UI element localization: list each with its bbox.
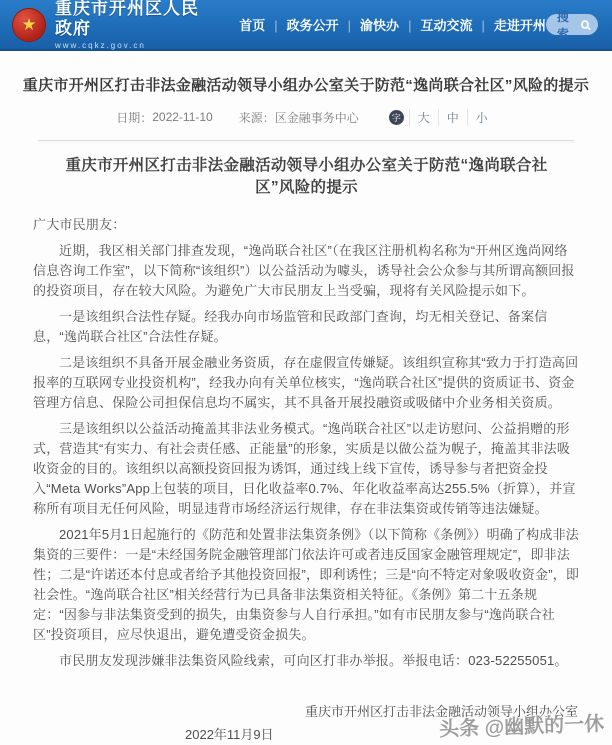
page: ★ 重庆市开州区人民政府 www.cqkz.gov.cn 首页 政务公开 渝快办…	[0, 0, 612, 745]
site-name: 重庆市开州区人民政府	[55, 0, 211, 39]
search-button[interactable]: 搜索	[546, 14, 598, 35]
page-head: 重庆市开州区打击非法金融活动领导小组办公室关于防范“逸尚联合社区”风险的提示 日…	[0, 51, 612, 141]
watermark: 头条 @幽默的一休	[438, 707, 604, 742]
article-paragraph: 一是该组织合法性存疑。经我办向市场监管和民政部门查询，均无相关登记、备案信息，“…	[33, 307, 580, 347]
font-size-tools: 字 大 中 小	[389, 109, 496, 126]
nav-item-yukuaiban[interactable]: 渝快办	[339, 15, 399, 34]
article-paragraph: 近期，我区相关部门排查发现，“逸尚联合社区”（在我区注册机构名称为“开州区逸尚网…	[33, 241, 580, 301]
nav-item-interaction[interactable]: 互动交流	[399, 15, 472, 34]
article-paragraph: 2021年5月1日起施行的《防范和处置非法集资条例》（以下简称《条例》）明确了构…	[33, 525, 580, 645]
font-size-icon: 字	[389, 110, 404, 125]
nav-item-about-kaizhou[interactable]: 走进开州	[472, 15, 545, 34]
source-value: 区金融事务中心	[275, 109, 359, 126]
meta-source: 来源： 区金融事务中心	[239, 109, 359, 126]
star-icon: ★	[21, 16, 36, 33]
site-url: www.cqkz.gov.cn	[55, 41, 211, 50]
search-icon	[581, 20, 589, 29]
article-paragraph: 三是该组织以公益活动掩盖其非法业务模式。“逸尚联合社区”以走访慰问、公益捐赠的形…	[33, 419, 580, 519]
search-button-label: 搜索	[557, 8, 577, 42]
source-label: 来源：	[239, 109, 275, 126]
date-label: 日期：	[116, 109, 152, 126]
nav-item-home[interactable]: 首页	[239, 15, 265, 34]
main-nav: 首页 政务公开 渝快办 互动交流 走进开州	[239, 15, 546, 34]
page-title: 重庆市开州区打击非法金融活动领导小组办公室关于防范“逸尚联合社区”风险的提示	[20, 75, 592, 97]
site-logo[interactable]: 重庆市开州区人民政府 www.cqkz.gov.cn	[55, 0, 211, 50]
national-emblem-icon: ★	[12, 8, 46, 42]
font-size-large-button[interactable]: 大	[409, 109, 438, 126]
nav-item-gov-affairs[interactable]: 政务公开	[265, 15, 338, 34]
meta-date: 日期： 2022-11-10	[116, 109, 213, 126]
article-body: 广大市民朋友： 近期，我区相关部门排查发现，“逸尚联合社区”（在我区注册机构名称…	[33, 215, 580, 671]
date-value: 2022-11-10	[152, 110, 213, 124]
site-header: ★ 重庆市开州区人民政府 www.cqkz.gov.cn 首页 政务公开 渝快办…	[0, 0, 612, 51]
article-paragraph: 市民朋友发现涉嫌非法集资风险线索，可向区打非办举报。举报电话：023-52255…	[33, 651, 580, 671]
article: 重庆市开州区打击非法金融活动领导小组办公室关于防范“逸尚联合社区”风险的提示 广…	[0, 141, 612, 743]
font-size-small-button[interactable]: 小	[467, 109, 496, 126]
article-title: 重庆市开州区打击非法金融活动领导小组办公室关于防范“逸尚联合社区”风险的提示	[47, 155, 566, 199]
article-salutation: 广大市民朋友：	[33, 215, 580, 235]
font-size-medium-button[interactable]: 中	[438, 109, 467, 126]
article-paragraph: 二是该组织不具备开展金融业务资质，存在虚假宣传嫌疑。该组织宣称其“致力于打造高回…	[33, 353, 580, 413]
article-meta: 日期： 2022-11-10 来源： 区金融事务中心 字 大 中 小	[20, 109, 592, 126]
